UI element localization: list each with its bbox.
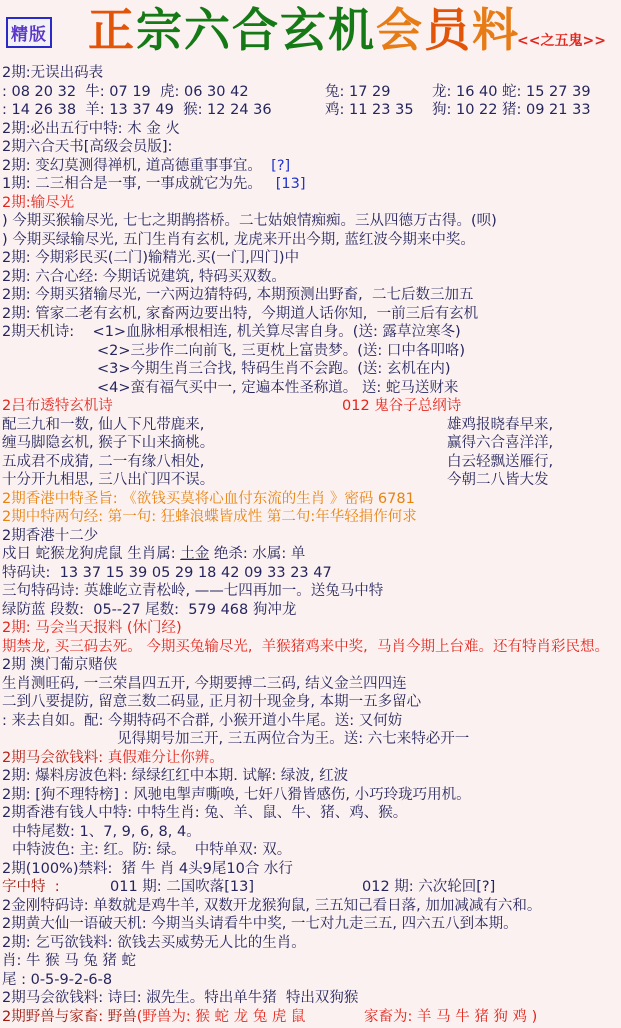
- text-line: 缠马脚隐玄机, 猴子下山来摘桃。赢得六合喜洋洋,: [2, 434, 621, 453]
- text-segment: : 14 26 38 羊: 13 37 49 猴: 12 24 36: [2, 102, 272, 118]
- text-segment: 中特波色: 主: 红。防: 绿。 中特单双: 双。: [12, 842, 291, 858]
- text-segment: 缠马脚隐玄机, 猴子下山来摘桃。: [2, 435, 214, 451]
- text-segment: 2期马会欲钱料: 诗曰: 淑先生。特出单牛猪 特出双狗猴: [2, 990, 358, 1006]
- text-segment: 猪: 09 21 33: [502, 101, 591, 120]
- text-segment: 2期: 爆料房波色料: 绿绿红红中本期. 试解: 绿波, 红波: [2, 768, 348, 784]
- text-line: 2期 澳门葡京赌侠: [2, 656, 621, 675]
- text-segment: 见得期号加三开, 三五两位合为王。送: 六七来特必开一: [117, 731, 469, 747]
- title-char: 六: [184, 3, 232, 57]
- text-segment: : 08 20 32 牛: 07 19 虎: 06 30 42: [2, 84, 249, 100]
- title-char: 机: [328, 3, 376, 57]
- text-line: 生肖测旺码, 一三荣昌四五开, 今期要搏二三码, 结义金兰四四连: [2, 675, 621, 694]
- text-segment: 2期: 马会当天报料 (休门经): [2, 620, 182, 636]
- content-lines: 2期:无误出码表: 08 20 32 牛: 07 19 虎: 06 30 42兔…: [0, 62, 621, 1026]
- text-segment: 2金刚特码诗: 单数就是鸡牛羊, 双数开龙猴狗鼠, 三五知己看日落, 加加减减有…: [2, 898, 541, 914]
- text-line: 2期香港十二少: [2, 527, 621, 546]
- text-line: 1期: 二三相合是一事, 一事成就它为先。 [13]: [2, 175, 621, 194]
- text-line: 五成君不成猜, 二一有缘八相处,白云轻飘送雁行,: [2, 453, 621, 472]
- text-line: 字中特 :011 期: 二国吹落[13]012 期: 六次轮回[?]: [2, 878, 621, 897]
- text-segment: 中特尾数: 1、7, 9, 6, 8, 4。: [12, 824, 201, 840]
- text-line: 肖: 牛 猴 马 兔 猪 蛇: [2, 952, 621, 971]
- text-line: 2期野兽与家畜: 野兽(野兽为: 猴 蛇 龙 兔 虎 鼠家畜为: 羊 马 牛 猪…: [2, 1008, 621, 1027]
- text-segment: 蛇: 15 27 39: [502, 83, 591, 102]
- text-line: 2期中特两句经: 第一句: 狂蜂浪蝶皆成性 第二句:年华轻捐作何求: [2, 508, 621, 527]
- text-segment: 鸡: 11 23 35: [325, 101, 414, 120]
- text-segment: 2期:必出五行中特: 木 金 火: [2, 121, 180, 137]
- text-segment: 011 期: 二国吹落[13]: [110, 878, 254, 897]
- text-segment: 2期黄大仙一语破天机: 今期当头请看牛中奖, 一七对九走三五, 四六五八到本期。: [2, 916, 518, 932]
- text-line: 三句特码诗: 英雄屹立青松岭, ——七四再加一。送兔马中特: [2, 582, 621, 601]
- text-segment: 2期香港十二少: [2, 528, 98, 544]
- text-segment: 2期马会欲钱料:: [2, 750, 108, 766]
- text-line: 2期天机诗: <1>血脉相承根相连, 机关算尽害自身。(送: 露草泣寒冬): [2, 323, 621, 342]
- text-segment: 肖: 牛 猴 马 兔 猪 蛇: [2, 953, 136, 969]
- text-line: 2期: 六合心经: 今期话说建筑, 特码买双数。: [2, 268, 621, 287]
- text-line: 期禁龙, 买三码去死。 今期买兔输尽光, 羊猴猪鸡来中奖, 马肖今期上台难。还有…: [2, 638, 621, 657]
- text-segment: 2期: 乞丐欲钱料: 欲钱去买威势无人比的生肖。: [2, 935, 306, 951]
- text-segment: 赢得六合喜洋洋,: [447, 434, 553, 453]
- text-line: 2吕布透特玄机诗012 鬼谷子总纲诗: [2, 397, 621, 416]
- text-line: 2期:输尽光: [2, 194, 621, 213]
- page-header: 精版 正宗六合玄机会员料 <<之五鬼>>: [0, 0, 621, 62]
- text-segment: 绝杀: 水属: 单: [209, 546, 305, 562]
- text-segment: 012 期: 六次轮回[?]: [362, 878, 495, 897]
- text-line: : 来去自如。配: 今期特码不合群, 小猴开道小牛尾。送: 又何妨: [2, 712, 621, 731]
- text-line: <3>今期生肖三合找, 特码生肖不会跑。(送: 玄机在内): [2, 360, 621, 379]
- text-segment: ) 今期买猴输尽光, 七七之期鹊搭桥。二七姑娘情痴痴。三从四德万古得。(呗): [2, 213, 497, 229]
- text-line: 2期: 马会当天报料 (休门经): [2, 619, 621, 638]
- text-segment: ) 今期买绿输尽光, 五门生肖有玄机, 龙虎来开出今期, 蓝红波今期来中奖。: [2, 232, 475, 248]
- text-line: 2期:无误出码表: [2, 64, 621, 83]
- text-segment: <2>三步作二向前飞, 三更枕上富贵梦。(送: 口中各叩咯): [97, 343, 465, 359]
- text-segment: <3>今期生肖三合找, 特码生肖不会跑。(送: 玄机在内): [97, 361, 451, 377]
- text-segment: 2期: 今期买猪输尽光, 一六两边猜特码, 本期预测出野畜, 二七后数三加五: [2, 287, 473, 303]
- text-line: 2期: 乞丐欲钱料: 欲钱去买威势无人比的生肖。: [2, 934, 621, 953]
- text-segment: 三句特码诗: 英雄屹立青松岭, ——七四再加一。送兔马中特: [2, 583, 383, 599]
- text-segment: 2期六合天书[高级会员版]:: [2, 139, 172, 155]
- page-subtitle: <<之五鬼>>: [517, 30, 606, 50]
- title-char: 员: [424, 3, 472, 57]
- text-segment: 土金: [180, 546, 209, 562]
- text-segment: 今朝二八皆大发: [447, 471, 549, 490]
- text-segment: 2期香港中特圣旨: 《欲钱买莫将心血付东流的生肖 》密码 6781: [2, 491, 415, 507]
- text-segment: 家畜为: 羊 马 牛 猪 狗 鸡 ): [364, 1008, 537, 1027]
- text-line: 2期: 管家二老有玄机, 家畜两边要出特, 今期道人话你知, 一前三后有玄机: [2, 305, 621, 324]
- text-line: : 08 20 32 牛: 07 19 虎: 06 30 42兔: 17 29龙…: [2, 83, 621, 102]
- text-line: ) 今期买猴输尽光, 七七之期鹊搭桥。二七姑娘情痴痴。三从四德万古得。(呗): [2, 212, 621, 231]
- text-segment: [?]: [271, 158, 290, 174]
- text-segment: 2期野兽与家畜: 野兽: [2, 1009, 137, 1025]
- edition-badge: 精版: [6, 17, 52, 48]
- text-segment: 2吕布透特玄机诗: [2, 398, 113, 414]
- text-line: 2期黄大仙一语破天机: 今期当头请看牛中奖, 一七对九走三五, 四六五八到本期。: [2, 915, 621, 934]
- text-segment: <4>蛮有福气买中一, 定遍本性圣称道。 送: 蛇马送财来: [97, 380, 458, 396]
- text-line: 配三九和一数, 仙人下凡带鹿来,雄鸡报晓春早来,: [2, 416, 621, 435]
- text-segment: 二到八要提防, 留意三数二码显, 正月初十现金身, 本期一五多留心: [2, 694, 421, 710]
- text-line: 2期香港有钱人中特: 中特生肖: 兔、羊、鼠、牛、猪、鸡、猴。: [2, 804, 621, 823]
- text-segment: 十分开九相思, 三八出门四不误。: [2, 472, 214, 488]
- text-segment: 龙: 16 40: [432, 83, 498, 102]
- text-line: 特码诀: 13 37 15 39 05 29 18 42 09 33 23 47: [2, 564, 621, 583]
- title-char: 合: [232, 3, 280, 57]
- text-segment: 2期: 六合心经: 今期话说建筑, 特码买双数。: [2, 269, 286, 285]
- text-line: ) 今期买绿输尽光, 五门生肖有玄机, 龙虎来开出今期, 蓝红波今期来中奖。: [2, 231, 621, 250]
- text-line: 2期(100%)禁料: 猪 牛 肖 4头9尾10合 水行: [2, 860, 621, 879]
- text-segment: 白云轻飘送雁行,: [447, 453, 553, 472]
- text-line: 2期:必出五行中特: 木 金 火: [2, 120, 621, 139]
- text-segment: 2期: 今期彩民买(二门)输精光.买(一门,四门)中: [2, 250, 299, 266]
- title-char: 正: [88, 3, 136, 57]
- text-line: <4>蛮有福气买中一, 定遍本性圣称道。 送: 蛇马送财来: [2, 379, 621, 398]
- text-line: 戍日 蛇猴龙狗虎鼠 生肖属: 土金 绝杀: 水属: 单: [2, 545, 621, 564]
- text-line: 二到八要提防, 留意三数二码显, 正月初十现金身, 本期一五多留心: [2, 693, 621, 712]
- text-line: 见得期号加三开, 三五两位合为王。送: 六七来特必开一: [2, 730, 621, 749]
- text-segment: 2期天机诗: <1>血脉相承根相连, 机关算尽害自身。(送: 露草泣寒冬): [2, 324, 461, 340]
- text-segment: 1期: 二三相合是一事, 一事成就它为先。: [2, 176, 276, 192]
- text-segment: 2期中特两句经: 第一句: 狂蜂浪蝶皆成性 第二句:年华轻捐作何求: [2, 509, 417, 525]
- text-line: 尾 : 0-5-9-2-6-8: [2, 971, 621, 990]
- text-segment: 雄鸡报晓春早来,: [447, 416, 553, 435]
- text-segment: 尾 : 0-5-9-2-6-8: [2, 972, 112, 988]
- text-segment: 配三九和一数, 仙人下凡带鹿来,: [2, 417, 204, 433]
- text-line: 中特波色: 主: 红。防: 绿。 中特单双: 双。: [2, 841, 621, 860]
- text-segment: 五成君不成猜, 二一有缘八相处,: [2, 454, 204, 470]
- text-segment: (野兽为: 猴 蛇 龙 兔 虎 鼠: [137, 1009, 306, 1025]
- text-segment: 2期香港有钱人中特: 中特生肖: 兔、羊、鼠、牛、猪、鸡、猴。: [2, 805, 407, 821]
- text-segment: 2期: 变幻莫测得禅机, 道高德重事事宜。: [2, 158, 271, 174]
- page-title: 正宗六合玄机会员料: [88, 2, 520, 58]
- text-segment: 2期: 管家二老有玄机, 家畜两边要出特, 今期道人话你知, 一前三后有玄机: [2, 306, 478, 322]
- text-segment: 2期(100%)禁料: 猪 牛 肖 4头9尾10合 水行: [2, 861, 293, 877]
- text-line: 中特尾数: 1、7, 9, 6, 8, 4。: [2, 823, 621, 842]
- title-char: 宗: [136, 3, 184, 57]
- text-line: 2期: 今期彩民买(二门)输精光.买(一门,四门)中: [2, 249, 621, 268]
- text-line: 2期: [狗不理特榜] : 风驰电掣声嘶唤, 七奸八猾皆感伤, 小巧玲珑巧用机。: [2, 786, 621, 805]
- title-char: 玄: [280, 3, 328, 57]
- text-line: 绿防蓝 段数: 05--27 尾数: 579 468 狗冲龙: [2, 601, 621, 620]
- text-line: 2期: 今期买猪输尽光, 一六两边猜特码, 本期预测出野畜, 二七后数三加五: [2, 286, 621, 305]
- text-segment: 期禁龙, 买三码去死。 今期买兔输尽光, 羊猴猪鸡来中奖, 马肖今期上台难。还有…: [2, 639, 609, 655]
- text-segment: 兔: 17 29: [325, 83, 391, 102]
- text-segment: 真假难分让你辨。: [108, 750, 224, 766]
- text-line: 2期香港中特圣旨: 《欲钱买莫将心血付东流的生肖 》密码 6781: [2, 490, 621, 509]
- text-segment: : 来去自如。配: 今期特码不合群, 小猴开道小牛尾。送: 又何妨: [2, 713, 402, 729]
- text-segment: 2期:无误出码表: [2, 65, 103, 81]
- text-segment: 生肖测旺码, 一三荣昌四五开, 今期要搏二三码, 结义金兰四四连: [2, 676, 407, 692]
- text-segment: 特码诀: 13 37 15 39 05 29 18 42 09 33 23 47: [2, 565, 332, 581]
- text-segment: 狗: 10 22: [432, 101, 498, 120]
- text-line: 2期马会欲钱料: 诗曰: 淑先生。特出单牛猪 特出双狗猴: [2, 989, 621, 1008]
- text-line: 十分开九相思, 三八出门四不误。今朝二八皆大发: [2, 471, 621, 490]
- text-segment: 绿防蓝 段数: 05--27 尾数: 579 468 狗冲龙: [2, 602, 296, 618]
- text-line: 2期马会欲钱料: 真假难分让你辨。: [2, 749, 621, 768]
- text-segment: 2期: [狗不理特榜] : 风驰电掣声嘶唤, 七奸八猾皆感伤, 小巧玲珑巧用机。: [2, 787, 471, 803]
- text-line: <2>三步作二向前飞, 三更枕上富贵梦。(送: 口中各叩咯): [2, 342, 621, 361]
- text-line: 2期: 变幻莫测得禅机, 道高德重事事宜。 [?]: [2, 157, 621, 176]
- text-segment: 2期 澳门葡京赌侠: [2, 657, 117, 673]
- text-segment: 字中特 :: [2, 879, 60, 895]
- title-char: 会: [376, 3, 424, 57]
- text-segment: 戍日 蛇猴龙狗虎鼠 生肖属:: [2, 546, 180, 562]
- text-line: 2期: 爆料房波色料: 绿绿红红中本期. 试解: 绿波, 红波: [2, 767, 621, 786]
- text-line: 2金刚特码诗: 单数就是鸡牛羊, 双数开龙猴狗鼠, 三五知己看日落, 加加减减有…: [2, 897, 621, 916]
- title-char: 料: [472, 3, 520, 57]
- text-segment: 2期:输尽光: [2, 195, 74, 211]
- text-line: : 14 26 38 羊: 13 37 49 猴: 12 24 36鸡: 11 …: [2, 101, 621, 120]
- text-line: 2期六合天书[高级会员版]:: [2, 138, 621, 157]
- text-segment: [13]: [276, 176, 306, 192]
- text-segment: 012 鬼谷子总纲诗: [342, 397, 461, 416]
